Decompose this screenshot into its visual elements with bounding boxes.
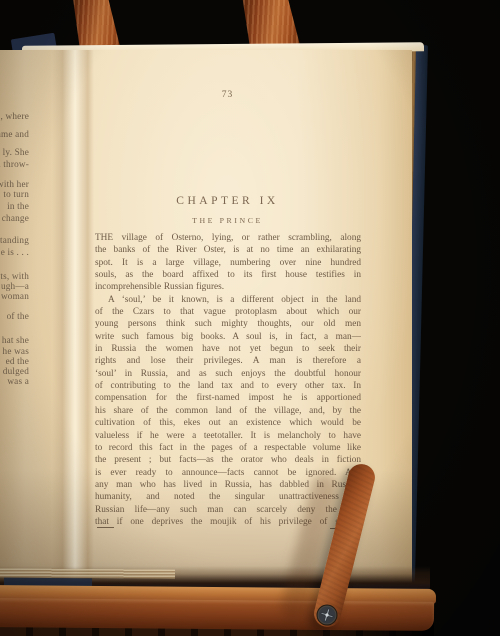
book-photo-scene: o, whereame andly. Shed throw-with herto… xyxy=(0,0,500,636)
left-page-text-fragment: with her xyxy=(0,179,29,189)
left-page-text-fragment: r change xyxy=(0,213,29,223)
left-page-text-fragment: e is . . . xyxy=(1,247,29,257)
left-page-text-fragment: tanding xyxy=(0,235,29,245)
left-page-text-fragment: ugh—a xyxy=(1,281,29,291)
left-page-text-fragment: woman xyxy=(1,291,29,301)
left-page-text-fragment: in the xyxy=(7,201,29,211)
left-page-text-fragment: o, where xyxy=(0,111,29,121)
left-page-text-fragment: hat she xyxy=(2,335,29,345)
left-page-text-fragment: was a xyxy=(7,376,29,386)
left-page-text-fragment: ed the xyxy=(6,356,29,366)
easel-ledge-front xyxy=(0,598,434,631)
left-page-text-fragment: dulged xyxy=(3,366,29,376)
screw-icon xyxy=(316,604,338,626)
page-gutter-fold xyxy=(52,50,94,588)
left-page-text-fragment: he was xyxy=(3,346,29,356)
left-page-text-fragment: ame and xyxy=(0,129,29,139)
left-page-text-fragment: d throw- xyxy=(0,159,29,169)
left-page-fragments: o, whereame andly. Shed throw-with herto… xyxy=(0,0,31,420)
left-page-text-fragment: of the xyxy=(7,311,29,321)
left-page-text-fragment: to turn xyxy=(3,189,29,199)
left-page-text-fragment: ts, with xyxy=(0,271,29,281)
left-page-text-fragment: ly. She xyxy=(3,147,29,157)
